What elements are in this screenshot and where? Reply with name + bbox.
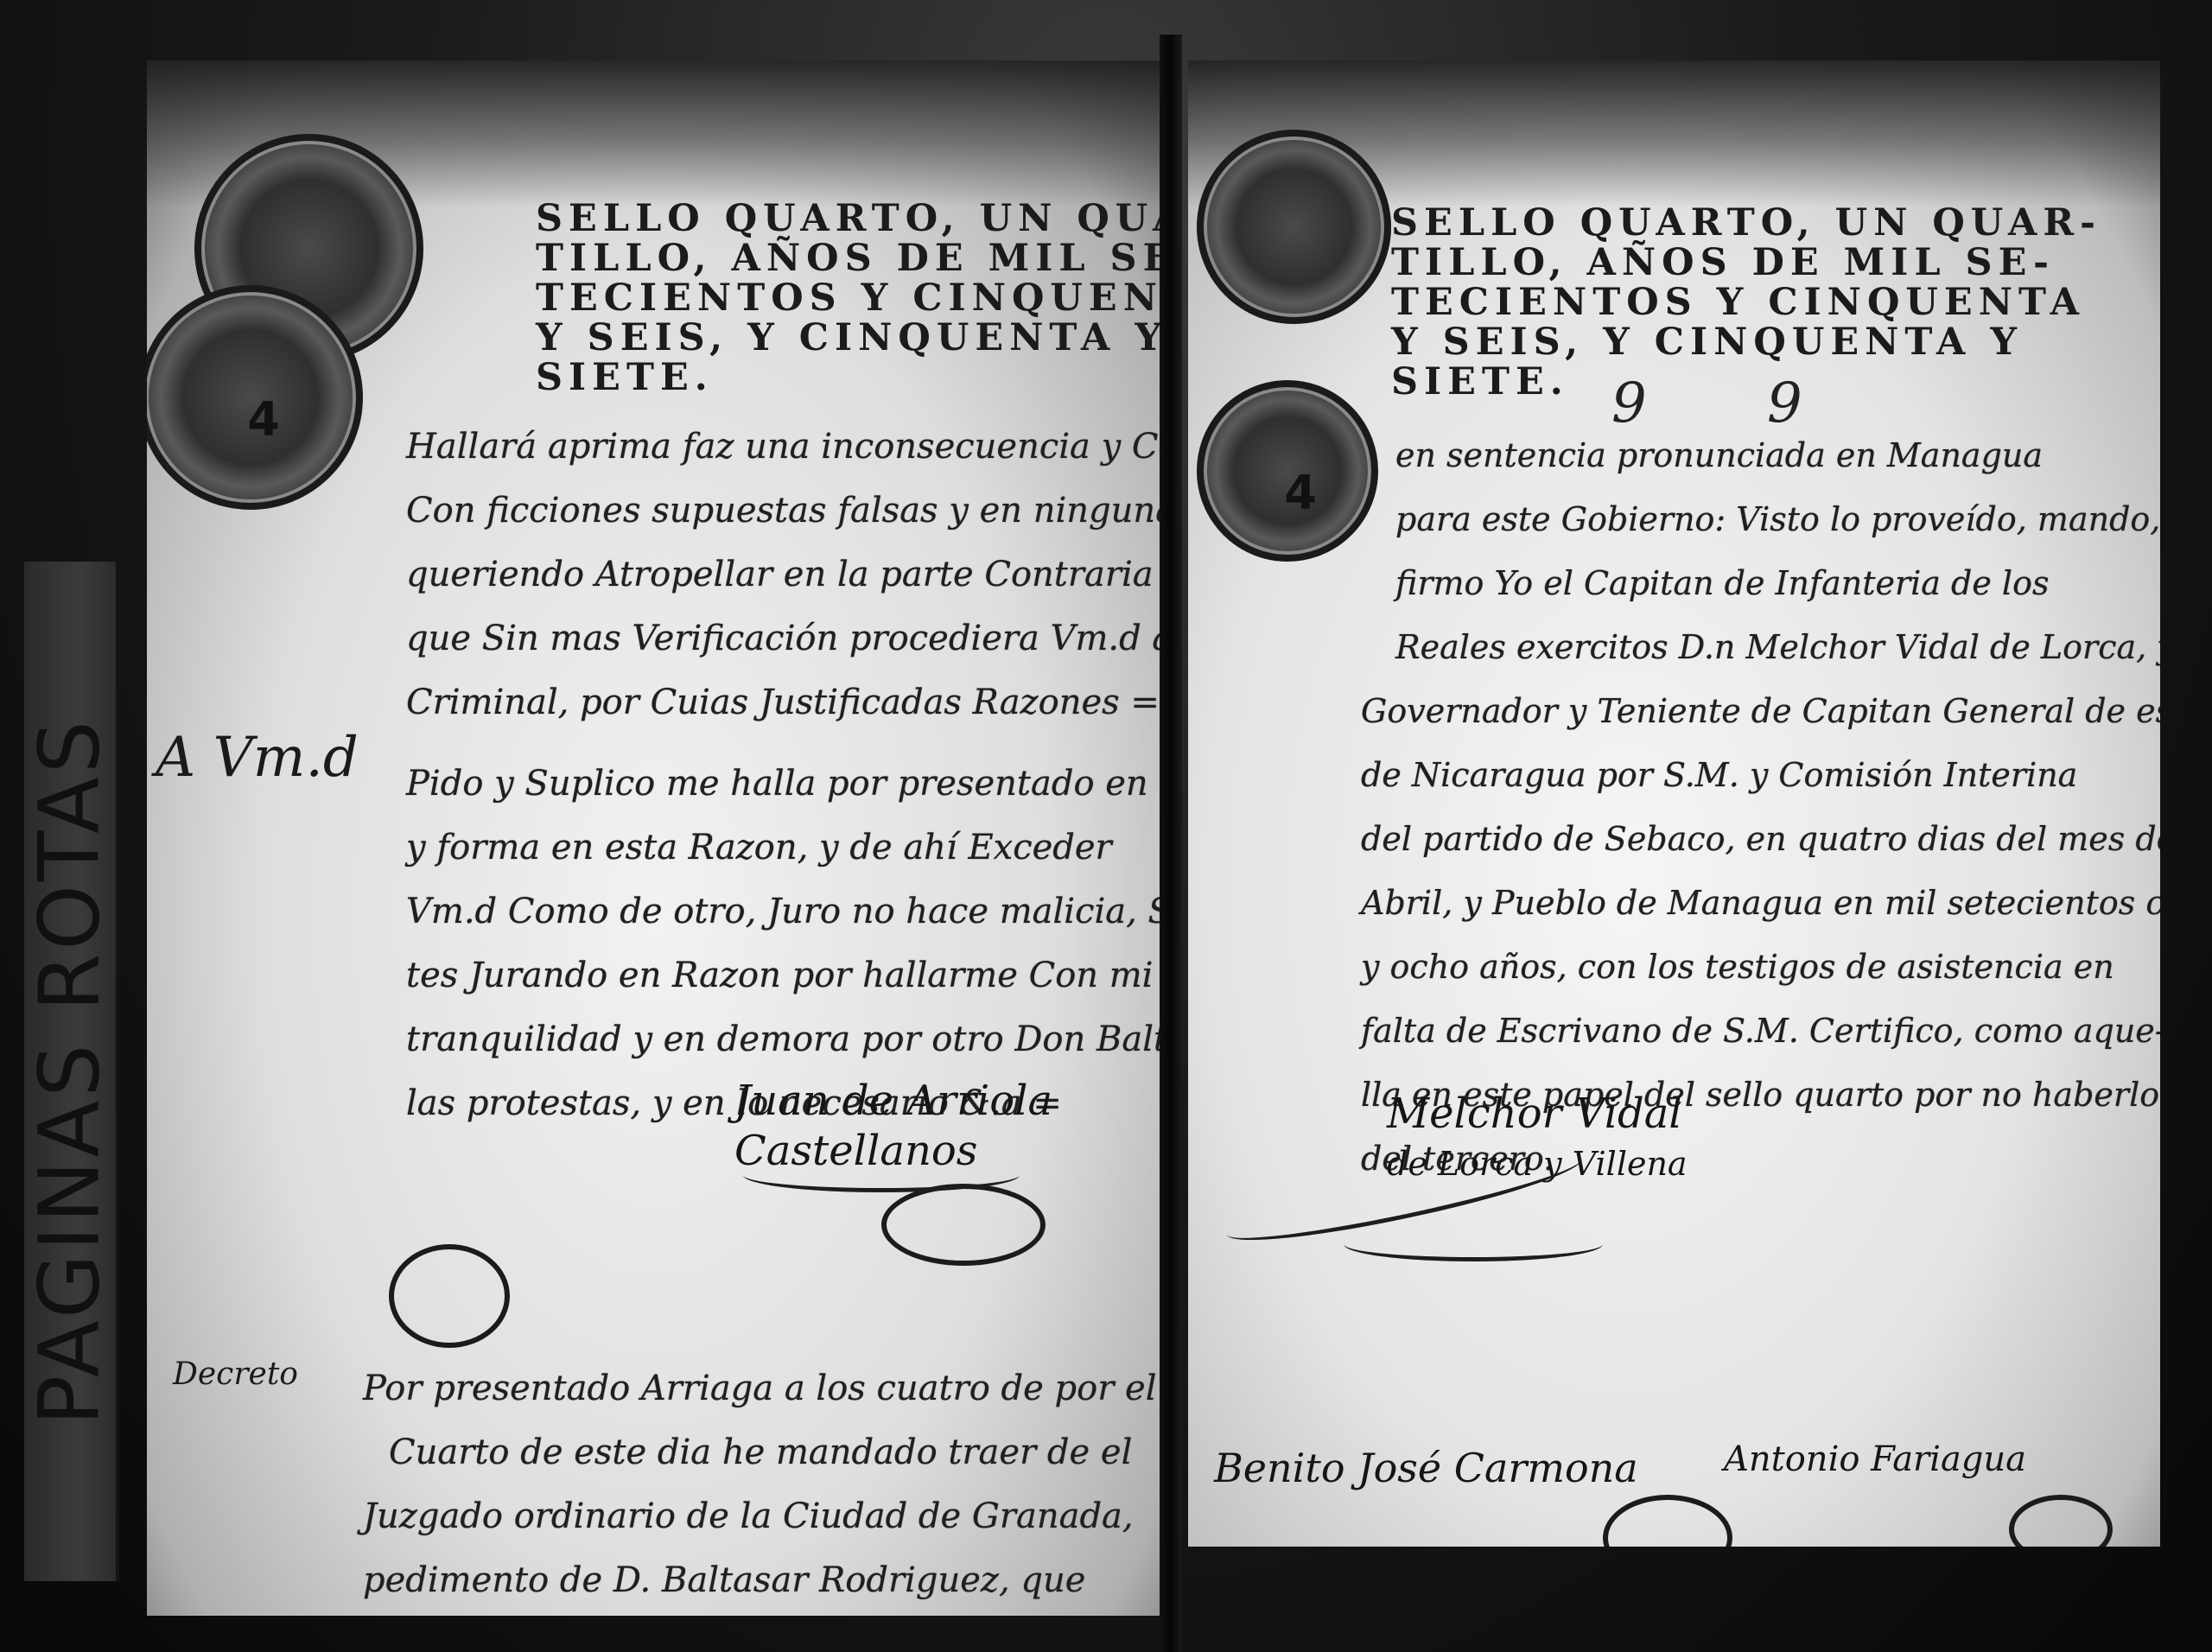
manuscript-line: Por presentado Arriaga a los cuatro de p… <box>363 1357 1157 1420</box>
manuscript-line: Juzgado ordinario de la Ciudad de Granad… <box>363 1484 1157 1548</box>
signature-flourish <box>1344 1227 1603 1261</box>
header-line: Sello quarto, un quar- <box>536 199 1166 238</box>
manuscript-line: firmo Yo el Capitan de Infanteria de los <box>1395 551 2160 615</box>
manuscript-line: del partido de Sebaco, en quatro dias de… <box>1361 807 2160 871</box>
header-line: tillo, años de mil se- <box>1391 243 2101 283</box>
royal-arms-seal <box>1197 130 1391 324</box>
header-line: tillo, años de mil se- <box>536 238 1166 278</box>
printed-header: Sello quarto, un quar- tillo, años de mi… <box>536 199 1166 397</box>
printed-header: Sello quarto, un quar- tillo, años de mi… <box>1391 203 2101 402</box>
seal-value: 4 <box>1284 466 1317 520</box>
manuscript-line: y forma en esta Razon, y de ahí Exceder <box>406 816 1166 880</box>
manuscript-line: para este Gobierno: Visto lo proveído, m… <box>1395 487 2160 551</box>
quartillo-stamp-seal: 4 <box>147 285 363 510</box>
right-page: 4 Sello quarto, un quar- tillo, años de … <box>1188 60 2160 1547</box>
header-line: tecientos y cinquenta <box>536 278 1166 318</box>
witness-signature-antonio: Antonio Fariagua <box>1724 1434 2026 1484</box>
header-line: y seis, y cinquenta y <box>536 318 1166 358</box>
stamp-label: PAGINAS ROTAS <box>22 717 118 1425</box>
manuscript-line: tes Jurando en Razon por hallarme Con mi <box>406 944 1166 1007</box>
witness-rubric <box>2009 1495 2113 1547</box>
manuscript-line: Con ficciones supuestas falsas y en ning… <box>406 479 1166 543</box>
header-line: y seis, y cinquenta y <box>1391 322 2101 362</box>
manuscript-line: falta de Escrivano de S.M. Certifico, co… <box>1361 999 2160 1063</box>
margin-abbreviation: A Vm.d <box>156 726 359 790</box>
manuscript-line: que Sin mas Verificación procediera Vm.d… <box>406 607 1166 670</box>
paginas-rotas-stamp: PAGINAS ROTAS <box>24 562 119 1581</box>
signature-line: Melchor Vidal <box>1387 1089 1688 1139</box>
manuscript-line: Pido y Suplico me halla por presentado e… <box>406 752 1166 816</box>
witness-rubric <box>1603 1495 1732 1547</box>
manuscript-line: y ocho años, con los testigos de asisten… <box>1361 935 2160 999</box>
manuscript-line: de Nicaragua por S.M. y Comisión Interin… <box>1361 743 2160 807</box>
seal-value: 4 <box>247 392 280 447</box>
header-line: siete. <box>536 358 1166 397</box>
witness-signature-benito: Benito José Carmona <box>1214 1443 1638 1493</box>
header-line: siete. <box>1391 362 2101 402</box>
decree-text: Por presentado Arriaga a los cuatro de p… <box>363 1357 1157 1612</box>
page-mark-circle <box>389 1244 510 1348</box>
manuscript-line: en sentencia pronunciada en Managua <box>1395 423 2160 487</box>
manuscript-line: Vm.d Como de otro, Juro no hace malicia,… <box>406 880 1166 944</box>
decreto-margin-note: Decreto <box>173 1357 298 1392</box>
book-gutter <box>1160 35 1182 1652</box>
manuscript-line: Abril, y Pueblo de Managua en mil seteci… <box>1361 871 2160 935</box>
manuscript-line: Criminal, por Cuias Justificadas Razones… <box>406 670 1166 734</box>
decree-body-text: en sentencia pronunciada en Managua para… <box>1395 423 2160 1191</box>
signature-flourish <box>743 1158 1020 1192</box>
manuscript-line: Cuarto de este dia he mandado traer de e… <box>363 1420 1157 1484</box>
manuscript-line: queriendo Atropellar en la parte Contrar… <box>406 543 1166 607</box>
manuscript-line: Governador y Teniente de Capitan General… <box>1361 679 2160 743</box>
manuscript-line: Hallará aprima faz una inconsecuencia y … <box>406 415 1166 479</box>
manuscript-line: pedimento de D. Baltasar Rodriguez, que <box>363 1548 1157 1612</box>
manuscript-line: tranquilidad y en demora por otro Don Ba… <box>406 1007 1166 1071</box>
signature-rubric <box>881 1184 1046 1266</box>
quartillo-stamp-seal: 4 <box>1197 380 1378 562</box>
manuscript-line: Reales exercitos D.n Melchor Vidal de Lo… <box>1395 615 2160 679</box>
left-page: 4 Sello quarto, un quar- tillo, años de … <box>147 60 1166 1616</box>
signature-line: Juan de Arriola <box>734 1076 1052 1126</box>
header-line: Sello quarto, un quar- <box>1391 203 2101 243</box>
body-text: Hallará aprima faz una inconsecuencia y … <box>406 415 1166 734</box>
header-line: tecientos y cinquenta <box>1391 283 2101 322</box>
